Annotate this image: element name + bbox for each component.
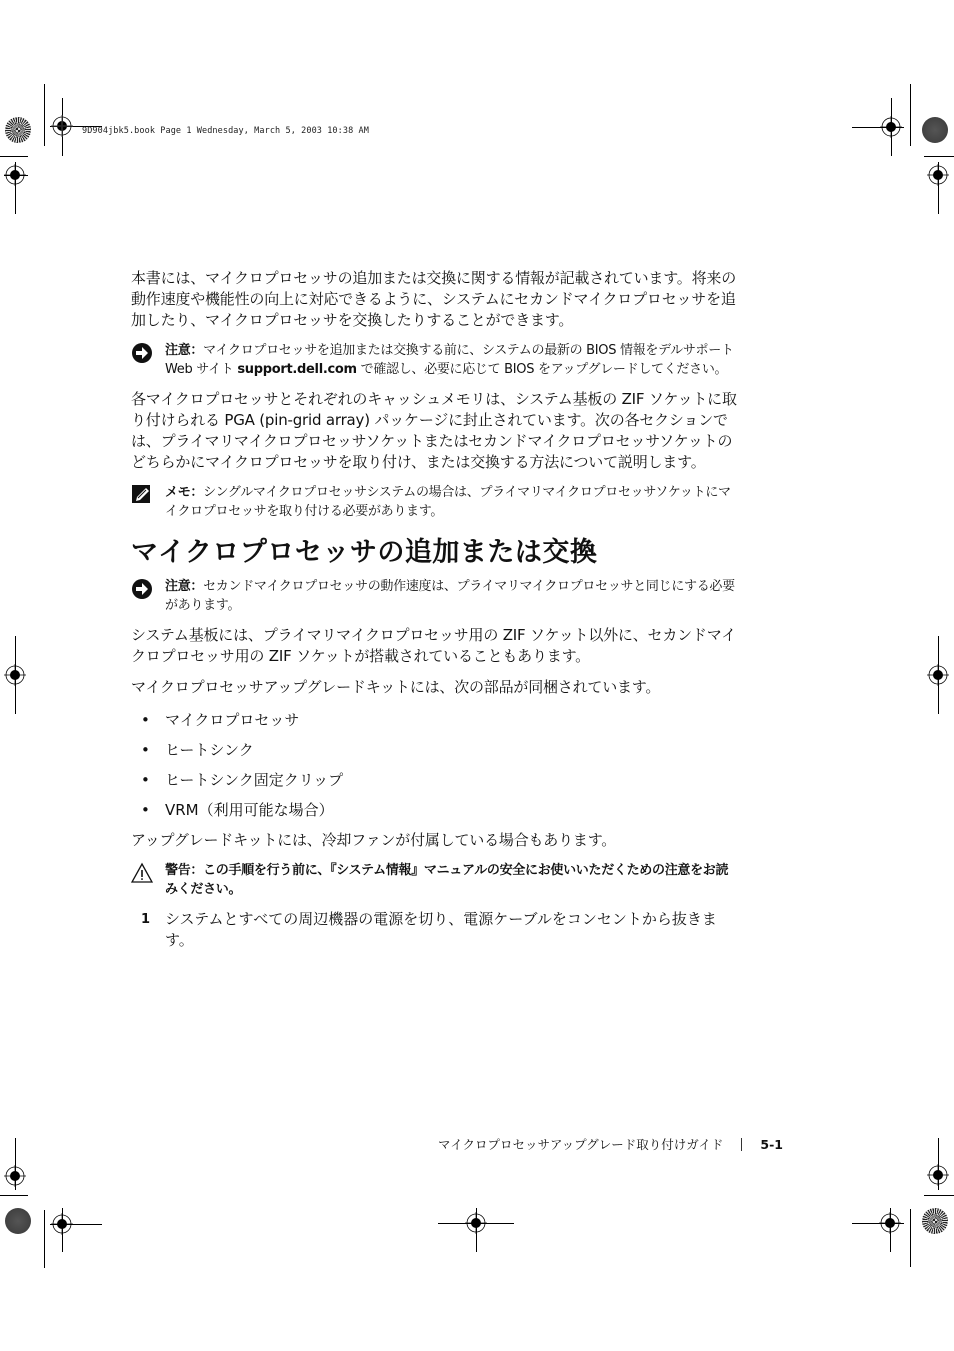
memo-text: シングルマイクロプロセッサシステムの場合は、プライマリマイクロプロセッサソケット…	[165, 485, 731, 519]
memo-callout: メモ：シングルマイクロプロセッサシステムの場合は、プライマリマイクロプロセッサソ…	[131, 483, 737, 521]
kit-items-list: •マイクロプロセッサ •ヒートシンク •ヒートシンク固定クリップ •VRM（利用…	[131, 710, 737, 821]
notice-arrow-icon	[131, 342, 153, 364]
crop-mark	[924, 156, 954, 157]
registration-star-icon	[5, 1208, 31, 1234]
step-text: システムとすべての周辺機器の電源を切り、電源ケーブルをコンセントから抜きます。	[165, 910, 717, 949]
registration-mark-icon	[4, 164, 26, 186]
fan-paragraph: アップグレードキットには、冷却ファンが付属している場合もあります。	[131, 830, 737, 851]
print-slug: 9D904jbk5.book Page 1 Wednesday, March 5…	[82, 126, 369, 136]
registration-mark-icon	[51, 1213, 73, 1235]
footer-divider	[741, 1138, 742, 1151]
support-link[interactable]: support.dell.com	[237, 362, 356, 377]
page-number: 5-1	[760, 1137, 783, 1152]
registration-mark-icon	[4, 664, 26, 686]
pencil-note-icon	[131, 484, 153, 506]
list-item: •ヒートシンク固定クリップ	[131, 770, 737, 791]
warning-label: 警告：	[165, 863, 203, 878]
step-item: 1 システムとすべての周辺機器の電源を切り、電源ケーブルをコンセントから抜きます…	[131, 909, 737, 951]
crop-mark	[44, 1210, 45, 1268]
kit-intro-paragraph: マイクロプロセッサアップグレードキットには、次の部品が同梱されています。	[131, 677, 737, 698]
page-footer: マイクロプロセッサアップグレード取り付けガイド5-1	[438, 1135, 783, 1153]
intro-paragraph: 本書には、マイクロプロセッサの追加または交換に関する情報が記載されています。将来…	[131, 268, 737, 331]
crop-mark	[910, 84, 911, 146]
memo-label: メモ：	[165, 485, 203, 500]
notice-text: セカンドマイクロプロセッサの動作速度は、プライマリマイクロプロセッサと同じにする…	[165, 579, 735, 613]
footer-title: マイクロプロセッサアップグレード取り付けガイド	[438, 1137, 723, 1152]
registration-star-icon	[922, 1208, 948, 1234]
registration-mark-icon	[927, 664, 949, 686]
notice-callout: 注意：マイクロプロセッサを追加または交換する前に、システムの最新の BIOS 情…	[131, 341, 737, 379]
crop-mark	[0, 1195, 28, 1196]
section-heading: マイクロプロセッサの追加または交換	[131, 535, 737, 571]
registration-mark-icon	[927, 1164, 949, 1186]
crop-mark	[0, 156, 28, 157]
warning-callout: 警告：この手順を行う前に、『システム情報』マニュアルの安全にお使いいただくための…	[131, 861, 737, 899]
registration-mark-icon	[927, 164, 949, 186]
registration-star-icon	[922, 117, 948, 143]
notice-label: 注意：	[165, 343, 203, 358]
notice-text: で確認し、必要に応じて BIOS をアップグレードしてください。	[357, 362, 727, 377]
registration-mark-icon	[879, 1212, 901, 1234]
registration-mark-icon	[880, 116, 902, 138]
warning-triangle-icon	[131, 862, 153, 884]
list-item: •マイクロプロセッサ	[131, 710, 737, 731]
registration-mark-icon	[51, 115, 73, 137]
list-item: •ヒートシンク	[131, 740, 737, 761]
step-number: 1	[141, 909, 150, 930]
registration-mark-icon	[4, 1165, 26, 1187]
notice-label: 注意：	[165, 579, 203, 594]
crop-mark	[924, 1195, 954, 1196]
description-paragraph: 各マイクロプロセッサとそれぞれのキャッシュメモリは、システム基板の ZIF ソケ…	[131, 389, 737, 473]
list-item: •VRM（利用可能な場合）	[131, 800, 737, 821]
warning-text: この手順を行う前に、『システム情報』マニュアルの安全にお使いいただくための注意を…	[165, 863, 728, 897]
notice-arrow-icon	[131, 578, 153, 600]
socket-paragraph: システム基板には、プライマリマイクロプロセッサ用の ZIF ソケット以外に、セカ…	[131, 625, 737, 667]
crop-mark	[44, 84, 45, 146]
registration-star-icon	[5, 117, 31, 143]
notice-callout: 注意：セカンドマイクロプロセッサの動作速度は、プライマリマイクロプロセッサと同じ…	[131, 577, 737, 615]
registration-mark-icon	[465, 1212, 487, 1234]
crop-mark	[910, 1209, 911, 1267]
page-content: 本書には、マイクロプロセッサの追加または交換に関する情報が記載されています。将来…	[131, 268, 737, 951]
